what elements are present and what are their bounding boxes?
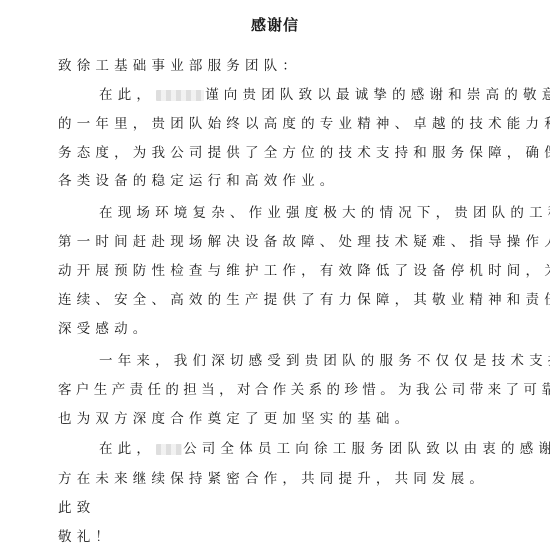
regards: 敬礼！ bbox=[58, 528, 478, 546]
paragraph-2-line-2: 第一时间赶赴现场解决设备故障、处理技术疑难、指导操作人员，并主 bbox=[58, 233, 478, 251]
paragraph-3-line-2: 客户生产责任的担当，对合作关系的珍惜。为我公司带来了可靠的保障， bbox=[58, 381, 478, 399]
paragraph-1-line-2: 的一年里，贵团队始终以高度的专业精神、卓越的技术能力和热忱的服 bbox=[58, 115, 478, 133]
redacted-company-name bbox=[156, 90, 204, 101]
paragraph-1-line-1: 在此，谨向贵团队致以最诚挚的感谢和崇高的敬意。过去 bbox=[58, 86, 519, 104]
paragraph-2-line-5: 深受感动。 bbox=[58, 320, 478, 338]
paragraph-4-line-2: 方在未来继续保持紧密合作，共同提升，共同发展。 bbox=[58, 470, 478, 488]
text-segment: 在此， bbox=[99, 441, 155, 457]
closing: 此致 bbox=[58, 499, 478, 517]
paragraph-1-line-4: 各类设备的稳定运行和高效作业。 bbox=[58, 172, 478, 190]
text-segment: 公司全体员工向徐工服务团队致以由衷的感谢！希望双 bbox=[183, 441, 550, 457]
paragraph-3-line-1: 一年来，我们深切感受到贵团队的服务不仅仅是技术支持，更是对 bbox=[58, 352, 519, 370]
paragraph-4-line-1: 在此，公司全体员工向徐工服务团队致以由衷的感谢！希望双 bbox=[58, 440, 519, 458]
paragraph-3-line-3: 也为双方深度合作奠定了更加坚实的基础。 bbox=[58, 410, 478, 428]
paragraph-2-line-3: 动开展预防性检查与维护工作，有效降低了设备停机时间，为我们保持 bbox=[58, 262, 478, 280]
paragraph-2-line-4: 连续、安全、高效的生产提供了有力保障，其敬业精神和责任意识令人 bbox=[58, 291, 478, 309]
page-title: 感谢信 bbox=[0, 14, 550, 35]
text-segment: 在此， bbox=[99, 87, 155, 103]
salutation: 致徐工基础事业部服务团队： bbox=[58, 57, 478, 75]
paragraph-2-line-1: 在现场环境复杂、作业强度极大的情况下，贵团队的工程师们始终 bbox=[58, 204, 519, 222]
redacted-company-name bbox=[156, 444, 182, 455]
text-segment: 谨向贵团队致以最诚挚的感谢和崇高的敬意。过去 bbox=[205, 87, 550, 103]
paragraph-1-line-3: 务态度，为我公司提供了全方位的技术支持和服务保障，确保了我公司 bbox=[58, 144, 478, 162]
